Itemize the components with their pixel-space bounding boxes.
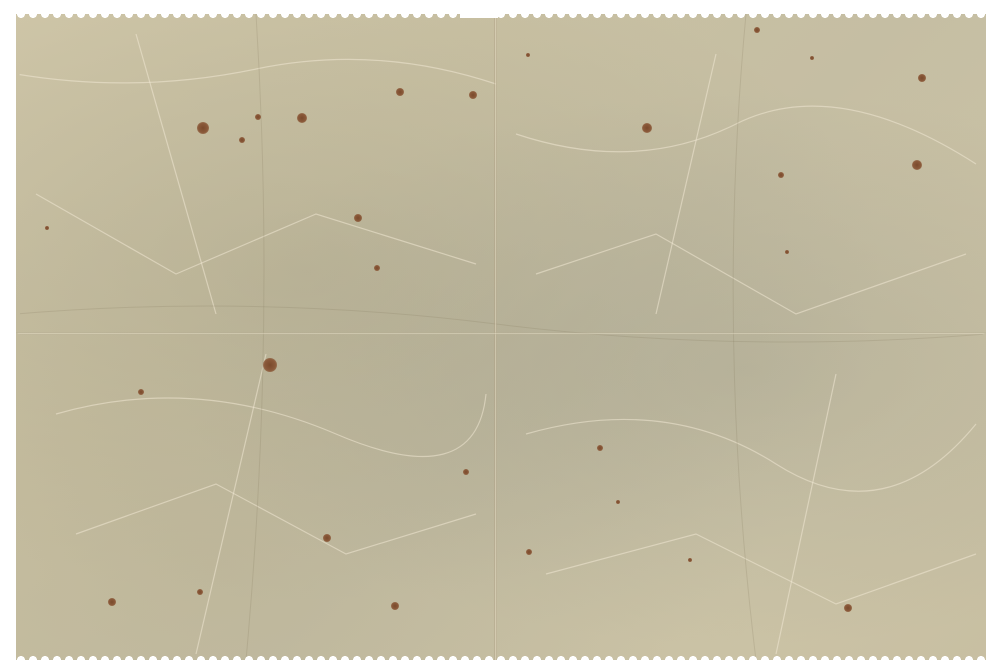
- foxing-spot: [197, 589, 203, 595]
- foxing-spot: [374, 265, 380, 271]
- foxing-spot: [45, 226, 49, 230]
- foxing-spot: [108, 598, 116, 606]
- foxing-spot: [918, 74, 926, 82]
- paper-sheet: [16, 14, 986, 660]
- top-edge-tear: [460, 8, 498, 18]
- foxing-spot: [844, 604, 852, 612]
- paper-surface: [16, 14, 986, 660]
- foxing-spot: [785, 250, 789, 254]
- foxing-spot: [778, 172, 784, 178]
- foxing-spot: [463, 469, 469, 475]
- foxing-spot: [810, 56, 814, 60]
- foxing-spot: [396, 88, 404, 96]
- foxing-spot: [297, 113, 307, 123]
- foxing-spot: [469, 91, 477, 99]
- foxing-spot: [239, 137, 245, 143]
- foxing-spot: [255, 114, 261, 120]
- foxing-spot: [526, 549, 532, 555]
- foxing-spot: [754, 27, 760, 33]
- foxing-spot: [912, 160, 922, 170]
- foxing-spot: [354, 214, 362, 222]
- horizontal-fold-line: [16, 332, 986, 335]
- foxing-spot: [323, 534, 331, 542]
- foxing-spot: [642, 123, 652, 133]
- vertical-fold-line: [494, 14, 497, 660]
- foxing-spot: [263, 358, 277, 372]
- foxing-spot: [12, 562, 18, 568]
- foxing-spot: [138, 389, 144, 395]
- foxing-spot: [197, 122, 209, 134]
- foxing-spot: [597, 445, 603, 451]
- crease-texture: [16, 14, 986, 660]
- foxing-spot: [616, 500, 620, 504]
- foxing-spot: [688, 558, 692, 562]
- foxing-spot: [391, 602, 399, 610]
- foxing-spot: [526, 53, 530, 57]
